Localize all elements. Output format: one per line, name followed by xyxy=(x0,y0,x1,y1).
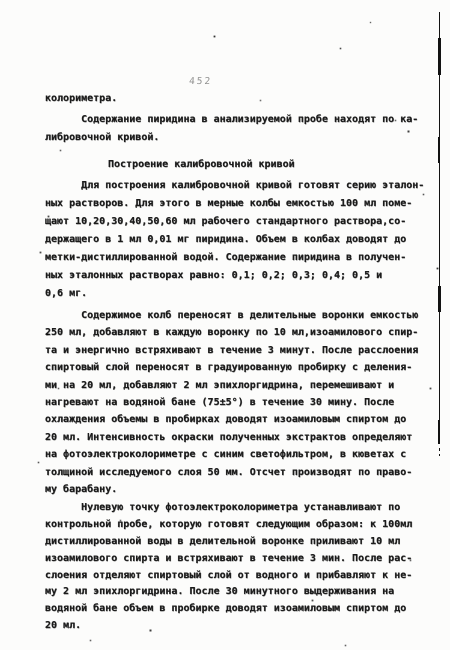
text-line: дистиллированной воды в делительной воро… xyxy=(45,534,430,551)
scan-noise xyxy=(0,0,1,1)
text-line: колориметра. xyxy=(45,90,430,108)
text-line: метки-дистиллированной водой. Содержание… xyxy=(45,249,430,267)
text-line: Содержимое колб переносят в делительные … xyxy=(45,307,430,324)
scan-edge-line-thick xyxy=(438,137,440,163)
text-line: Для построения калибровочной кривой гото… xyxy=(45,177,430,195)
scan-edge-dot xyxy=(439,448,440,451)
text-line: 250 мл, добавляют в каждую воронку по 10… xyxy=(45,324,430,341)
section-heading: Построение калибровочной кривой xyxy=(45,156,430,174)
text-line: му барабану. xyxy=(45,481,430,498)
paragraph: Содержание пиридина в анализируемой проб… xyxy=(45,111,430,147)
text-line: охлаждения объемы в пробирках доводят из… xyxy=(45,411,430,428)
paragraph: колориметра. xyxy=(45,90,430,108)
text-line: 0,6 мг. xyxy=(45,285,430,303)
scanned-page: 452 колориметра. Содержание пиридина в а… xyxy=(0,0,450,650)
text-line: щают 10,20,30,40,50,60 мл рабочего станд… xyxy=(45,213,430,231)
text-line: слоения отделяют спиртовый слой от водно… xyxy=(45,568,430,585)
text-line: 20 мл. Интенсивность окраски полученных … xyxy=(45,429,430,446)
text-line: ми на 20 мл, добавляют 2 мл эпихлоргидри… xyxy=(45,377,430,394)
text-line: на фотоэлектроколориметре с синим светоф… xyxy=(45,446,430,463)
text-line: либровочной кривой. xyxy=(45,129,430,147)
page-number: 452 xyxy=(189,76,213,87)
text-line: нагревают на водяной бане (75±5°) в тече… xyxy=(45,394,430,411)
paragraph: Для построения калибровочной кривой гото… xyxy=(45,177,430,303)
scan-edge-line-thick xyxy=(438,38,441,75)
text-line: ных эталонных растворах равно: 0,1; 0,2;… xyxy=(45,267,430,285)
text-line: ных растворов. Для этого в мерные колбы … xyxy=(45,195,430,213)
scan-edge-dot xyxy=(439,454,440,456)
text-line: 20 мл. xyxy=(45,618,430,635)
text-line: Нулевую точку фотоэлектроколориметра уст… xyxy=(45,500,430,517)
text-line: спиртовый слой переносят в градуированну… xyxy=(45,359,430,376)
scan-edge-line-thick xyxy=(438,286,441,312)
text-line: му 2 мл эпихлоргидрина. После 30 минутно… xyxy=(45,584,430,601)
scan-edge-line-thick xyxy=(438,420,440,444)
text-line: держащего в 1 мл 0,01 мг пиридина. Объем… xyxy=(45,231,430,249)
paragraph: Содержимое колб переносят в делительные … xyxy=(45,307,430,498)
text-line: толщиной исследуемого слоя 50 мм. Отсчет… xyxy=(45,464,430,481)
text-line: Содержание пиридина в анализируемой проб… xyxy=(45,111,430,129)
document-body: колориметра. Содержание пиридина в анали… xyxy=(45,90,430,635)
paragraph: Нулевую точку фотоэлектроколориметра уст… xyxy=(45,500,430,634)
text-line: изоамилового спирта и встряхивают в тече… xyxy=(45,551,430,568)
text-line: контрольной пробе, которую готовят следу… xyxy=(45,517,430,534)
text-line: та и энергично встряхивают в течение 3 м… xyxy=(45,342,430,359)
text-line: водяной бане объем в пробирке доводят из… xyxy=(45,601,430,618)
heading-text: Построение калибровочной кривой xyxy=(108,156,430,174)
scan-edge-line xyxy=(439,12,440,444)
